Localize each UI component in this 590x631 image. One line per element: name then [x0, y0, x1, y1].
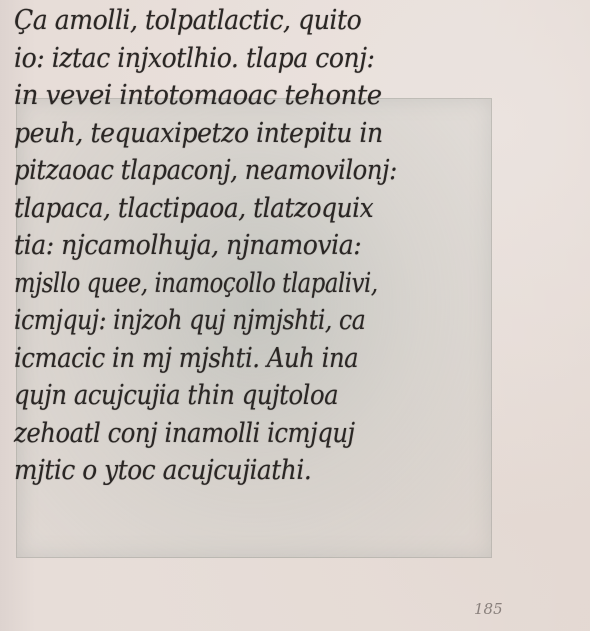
manuscript-line: mjtic o ytoc acujcujiathi.	[14, 452, 474, 490]
manuscript-line: mjsllo quee, inamoçollo tlapalivi,	[14, 265, 434, 303]
manuscript-line: icmjquj: injzoh quj njmjshti, ca	[14, 302, 449, 340]
manuscript-line: pitzaoac tlapaconj, neamovilonj:	[14, 152, 464, 190]
manuscript-page: Ça amolli, tolpatlactic, quito io: iztac…	[0, 0, 590, 631]
manuscript-line: zehoatl conj inamolli icmjquj	[14, 415, 464, 453]
manuscript-line: io: iztac injxotlhio. tlapa conj:	[14, 40, 479, 78]
manuscript-line: tia: njcamolhuja, njnamovia:	[14, 227, 479, 265]
manuscript-line: icmacic in mj mjshti. Auh ina	[14, 340, 464, 378]
manuscript-line: Ça amolli, tolpatlactic, quito	[14, 2, 479, 40]
manuscript-line: tlapaca, tlactipaoa, tlatzoquix	[14, 190, 474, 228]
manuscript-text-block: Ça amolli, tolpatlactic, quito io: iztac…	[14, 2, 514, 490]
manuscript-line: qujn acujcujia thin qujtoloa	[14, 377, 464, 415]
manuscript-line: peuh, tequaxipetzo intepitu in	[14, 115, 479, 153]
folio-number: 185	[474, 600, 503, 618]
manuscript-line: in vevei intotomaoac tehonte	[14, 77, 494, 115]
